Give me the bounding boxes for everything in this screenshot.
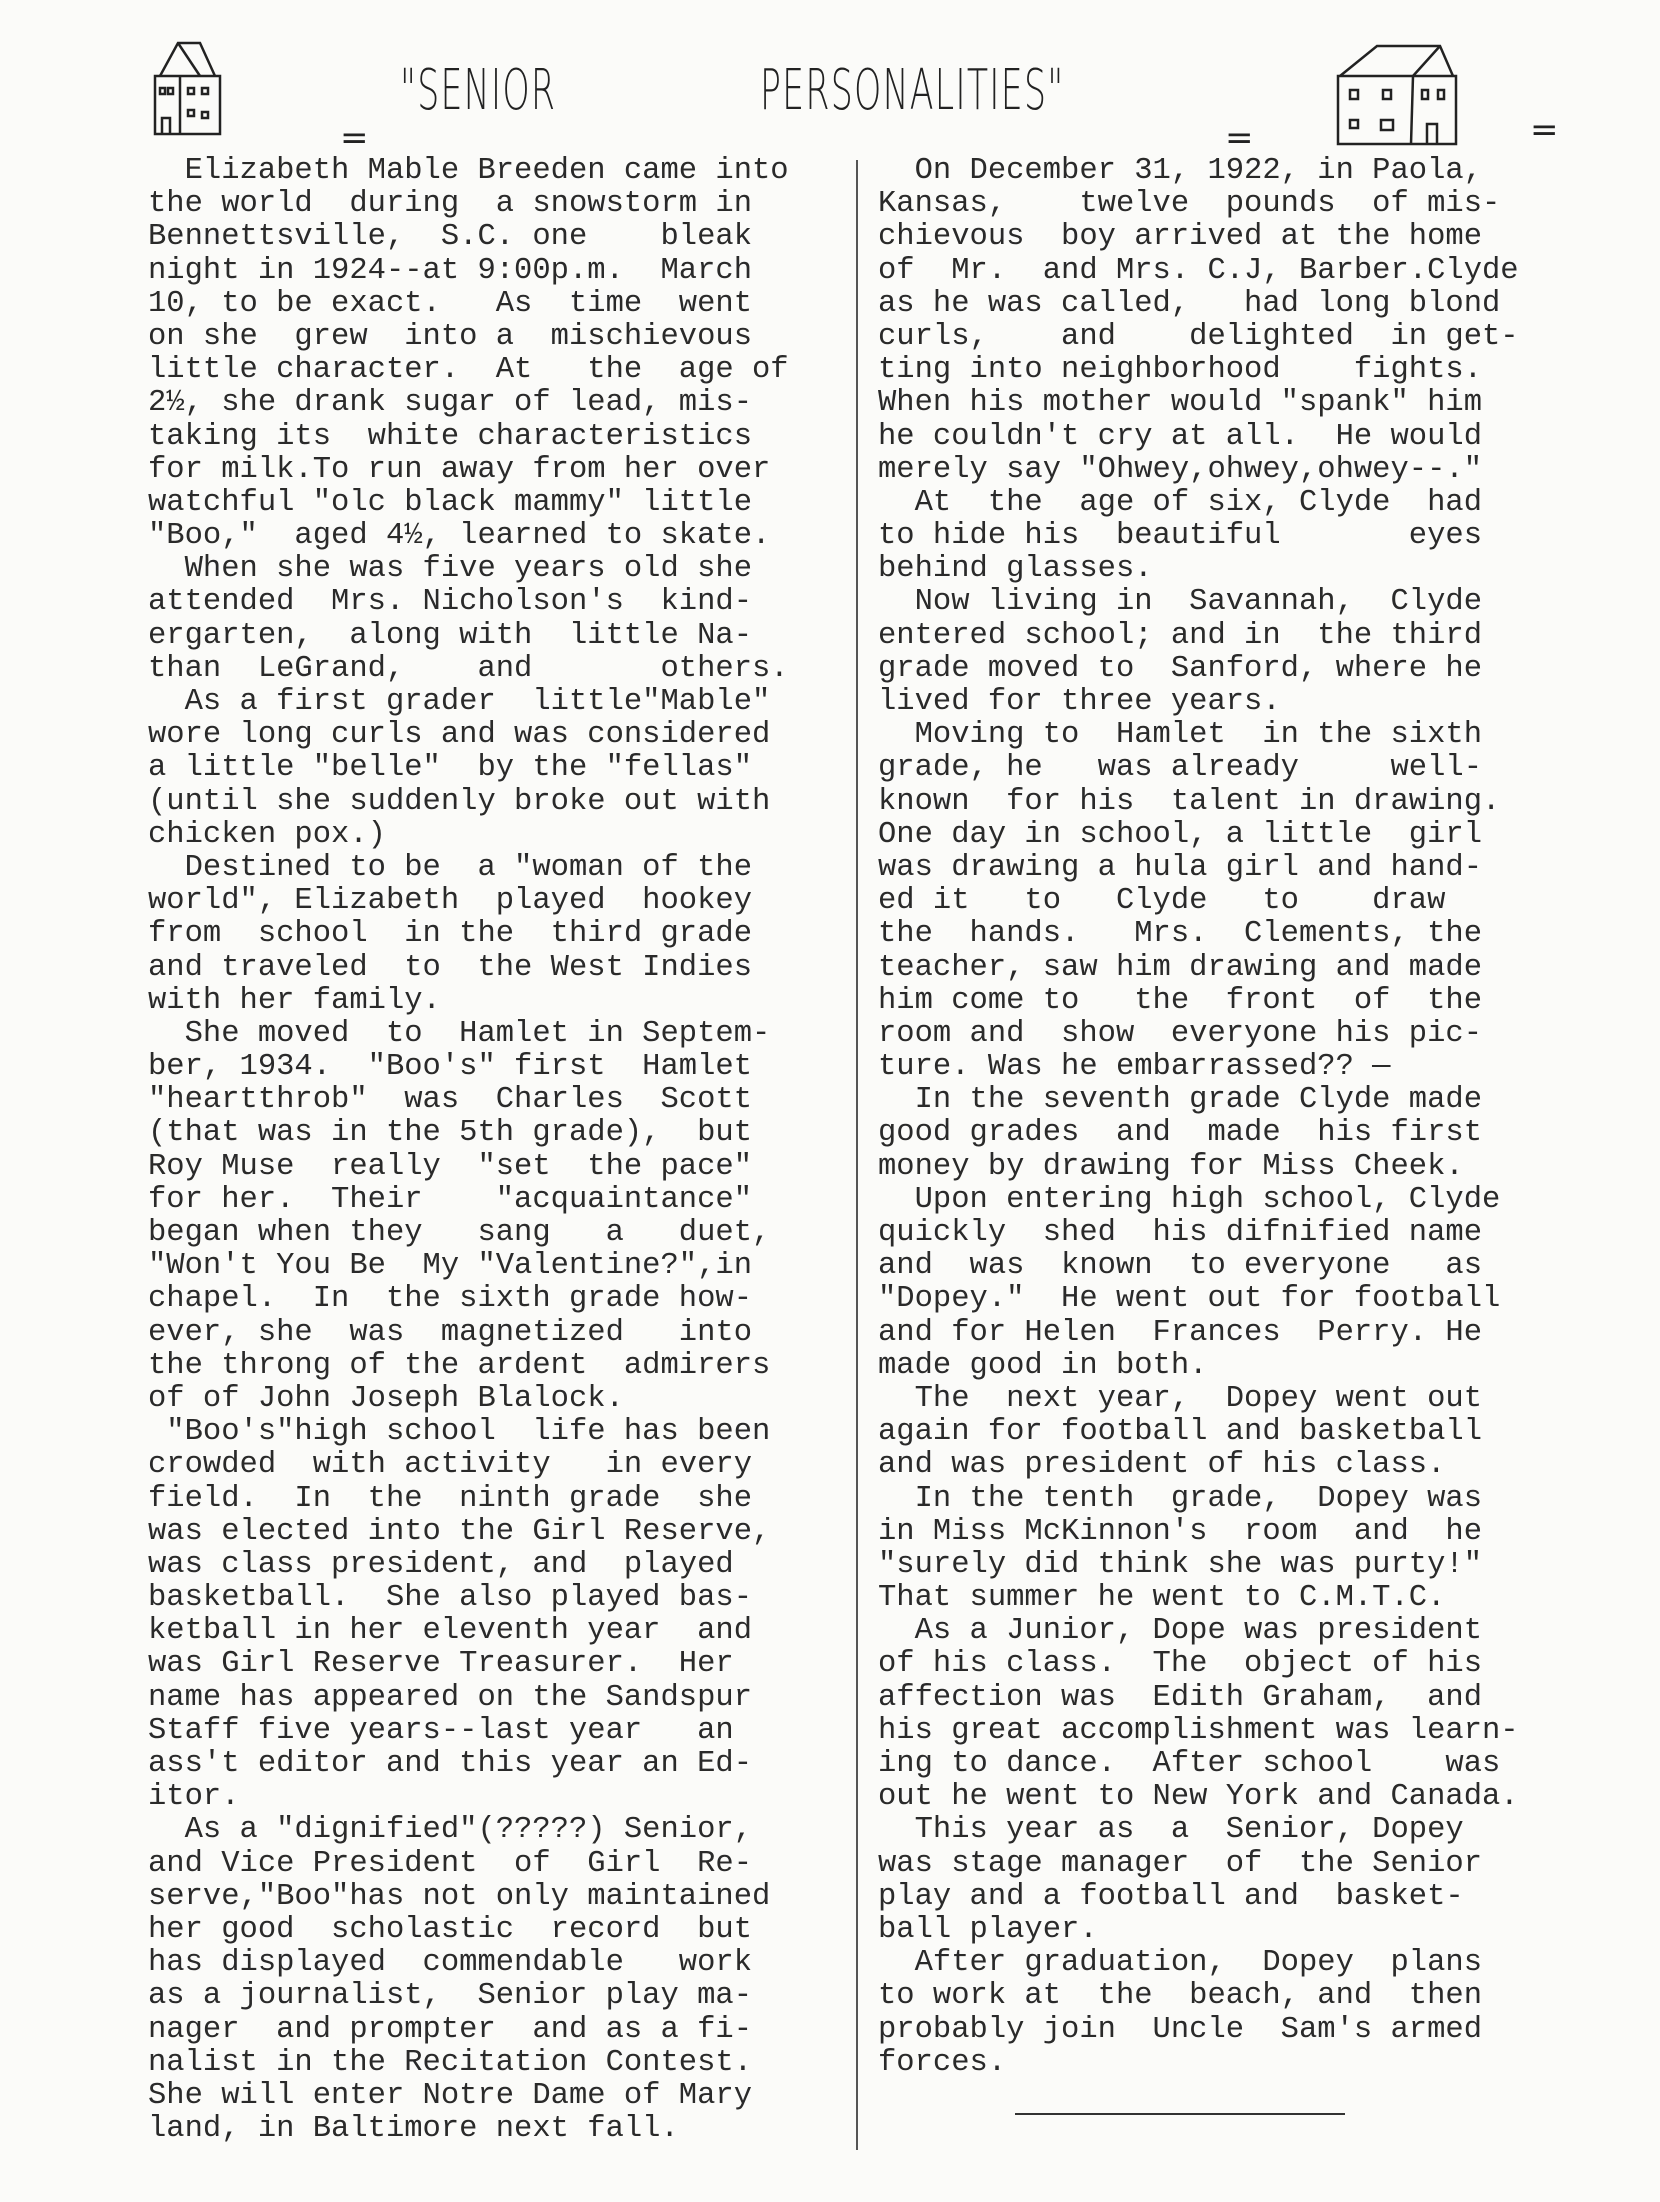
text-line: for her. Their "acquaintance" [148,1184,798,1217]
text-line: itor. [148,1781,798,1814]
text-line: On December 31, 1922, in Paola, [878,155,1558,188]
text-line: taking its white characteristics [148,421,798,454]
text-line: than LeGrand, and others. [148,653,798,686]
text-line: merely say "Ohwey,ohwey,ohwey--." [878,454,1558,487]
text-line: as a journalist, Senior play ma- [148,1980,798,2013]
text-line: of Mr. and Mrs. C.J, Barber.Clyde [878,255,1558,288]
text-line: In the seventh grade Clyde made [878,1084,1558,1117]
text-line: ergarten, along with little Na- [148,620,798,653]
text-line: good grades and made his first [878,1117,1558,1150]
text-line: lived for three years. [878,686,1558,719]
text-line: nager and prompter and as a fi- [148,2014,798,2047]
text-line: the hands. Mrs. Clements, the [878,918,1558,951]
text-line: has displayed commendable work [148,1947,798,1980]
text-line: and traveled to the West Indies [148,952,798,985]
text-line: to work at the beach, and then [878,1980,1558,2013]
text-line: quickly shed his difnified name [878,1217,1558,1250]
text-line: on she grew into a mischievous [148,321,798,354]
title-senior: "SENIOR [400,58,556,123]
text-line: ever, she was magnetized into [148,1317,798,1350]
article-elizabeth-breeden: Elizabeth Mable Breeden came intothe wor… [148,155,798,2146]
text-line: room and show everyone his pic- [878,1018,1558,1051]
text-line: ass't editor and this year an Ed- [148,1748,798,1781]
text-line: Elizabeth Mable Breeden came into [148,155,798,188]
text-line: began when they sang a duet, [148,1217,798,1250]
text-line: Upon entering high school, Clyde [878,1184,1558,1217]
text-line: little character. At the age of [148,354,798,387]
text-line: in Miss McKinnon's room and he [878,1516,1558,1549]
text-line: Moving to Hamlet in the sixth [878,719,1558,752]
text-line: probably join Uncle Sam's armed [878,2014,1558,2047]
text-line: again for football and basketball [878,1416,1558,1449]
text-line: (until she suddenly broke out with [148,786,798,819]
text-line: chicken pox.) [148,819,798,852]
text-line: and was president of his class. [878,1449,1558,1482]
text-line: from school in the third grade [148,918,798,951]
text-line: of his class. The object of his [878,1648,1558,1681]
end-rule [1015,2113,1345,2115]
text-line: crowded with activity in every [148,1449,798,1482]
text-line: This year as a Senior, Dopey [878,1814,1558,1847]
text-line: night in 1924--at 9:00p.m. March [148,255,798,288]
text-line: he couldn't cry at all. He would [878,421,1558,454]
text-line: attended Mrs. Nicholson's kind- [148,586,798,619]
text-line: was Girl Reserve Treasurer. Her [148,1648,798,1681]
text-line: and Vice President of Girl Re- [148,1848,798,1881]
text-line: was stage manager of the Senior [878,1848,1558,1881]
text-line: She will enter Notre Dame of Mary [148,2080,798,2113]
text-line: wore long curls and was considered [148,719,798,752]
text-line: teacher, saw him drawing and made [878,952,1558,985]
text-line: chievous boy arrived at the home [878,221,1558,254]
text-line: ketball in her eleventh year and [148,1615,798,1648]
text-line: After graduation, Dopey plans [878,1947,1558,1980]
text-line: ed it to Clyde to draw [878,885,1558,918]
text-line: "Boo's"high school life has been [148,1416,798,1449]
text-line: When his mother would "spank" him [878,387,1558,420]
text-line: and for Helen Frances Perry. He [878,1317,1558,1350]
text-line: "heartthrob" was Charles Scott [148,1084,798,1117]
text-line: When she was five years old she [148,553,798,586]
text-line: him come to the front of the [878,985,1558,1018]
page-header: = "SENIOR PERSONALITIES" = = [0,0,1660,160]
underline-mark: = [340,118,369,158]
text-line: her good scholastic record but [148,1914,798,1947]
text-line: behind glasses. [878,553,1558,586]
text-line: made good in both. [878,1350,1558,1383]
text-line: known for his talent in drawing. [878,786,1558,819]
text-line: Roy Muse really "set the pace" [148,1151,798,1184]
text-line: world", Elizabeth played hookey [148,885,798,918]
text-line: Now living in Savannah, Clyde [878,586,1558,619]
text-line: nalist in the Recitation Contest. [148,2047,798,2080]
underline-mark: = [1225,118,1254,158]
text-line: for milk.To run away from her over [148,454,798,487]
house-drawing-icon [1335,42,1465,152]
text-line: chapel. In the sixth grade how- [148,1283,798,1316]
text-line: name has appeared on the Sandspur [148,1682,798,1715]
text-line: curls, and delighted in get- [878,321,1558,354]
text-line: ing to dance. After school was [878,1748,1558,1781]
text-line: Destined to be a "woman of the [148,852,798,885]
text-line: "Dopey." He went out for football [878,1283,1558,1316]
underline-mark: = [1530,110,1559,150]
text-line: was drawing a hula girl and hand- [878,852,1558,885]
column-divider [856,160,858,2150]
text-line: As a first grader little"Mable" [148,686,798,719]
text-line: his great accomplishment was learn- [878,1715,1558,1748]
text-line: land, in Baltimore next fall. [148,2113,798,2146]
text-line: Bennettsville, S.C. one bleak [148,221,798,254]
text-line: and was known to everyone as [878,1250,1558,1283]
text-line: 10, to be exact. As time went [148,288,798,321]
text-line: as he was called, had long blond [878,288,1558,321]
title-personalities: PERSONALITIES" [760,58,1064,123]
text-line: ting into neighborhood fights. [878,354,1558,387]
text-line: That summer he went to C.M.T.C. [878,1582,1558,1615]
text-line: ture. Was he embarrassed?? — [878,1051,1558,1084]
text-line: "Boo," aged 4½, learned to skate. [148,520,798,553]
text-line: ber, 1934. "Boo's" first Hamlet [148,1051,798,1084]
text-line: out he went to New York and Canada. [878,1781,1558,1814]
text-line: The next year, Dopey went out [878,1383,1558,1416]
text-line: affection was Edith Graham, and [878,1682,1558,1715]
text-line: "surely did think she was purty!" [878,1549,1558,1582]
text-line: entered school; and in the third [878,620,1558,653]
text-line: watchful "olc black mammy" little [148,487,798,520]
text-line: forces. [878,2047,1558,2080]
text-line: to hide his beautiful eyes [878,520,1558,553]
text-line: the throng of the ardent admirers [148,1350,798,1383]
text-line: was elected into the Girl Reserve, [148,1516,798,1549]
text-line: (that was in the 5th grade), but [148,1117,798,1150]
text-line: ball player. [878,1914,1558,1947]
text-line: grade, he was already well- [878,752,1558,785]
text-line: 2½, she drank sugar of lead, mis- [148,387,798,420]
text-line: "Won't You Be My "Valentine?",in [148,1250,798,1283]
text-line: As a "dignified"(?????) Senior, [148,1814,798,1847]
article-clyde-barber: On December 31, 1922, in Paola,Kansas, t… [878,155,1558,2080]
text-line: play and a football and basket- [878,1881,1558,1914]
text-line: Kansas, twelve pounds of mis- [878,188,1558,221]
house-drawing-icon [150,38,260,138]
text-line: a little "belle" by the "fellas" [148,752,798,785]
text-line: the world during a snowstorm in [148,188,798,221]
text-line: In the tenth grade, Dopey was [878,1483,1558,1516]
text-line: Staff five years--last year an [148,1715,798,1748]
text-line: She moved to Hamlet in Septem- [148,1018,798,1051]
text-line: serve,"Boo"has not only maintained [148,1881,798,1914]
text-line: was class president, and played [148,1549,798,1582]
text-line: with her family. [148,985,798,1018]
text-line: grade moved to Sanford, where he [878,653,1558,686]
text-line: money by drawing for Miss Cheek. [878,1151,1558,1184]
text-line: basketball. She also played bas- [148,1582,798,1615]
text-line: As a Junior, Dope was president [878,1615,1558,1648]
text-line: At the age of six, Clyde had [878,487,1558,520]
text-line: field. In the ninth grade she [148,1483,798,1516]
text-line: One day in school, a little girl [878,819,1558,852]
text-line: of of John Joseph Blalock. [148,1383,798,1416]
